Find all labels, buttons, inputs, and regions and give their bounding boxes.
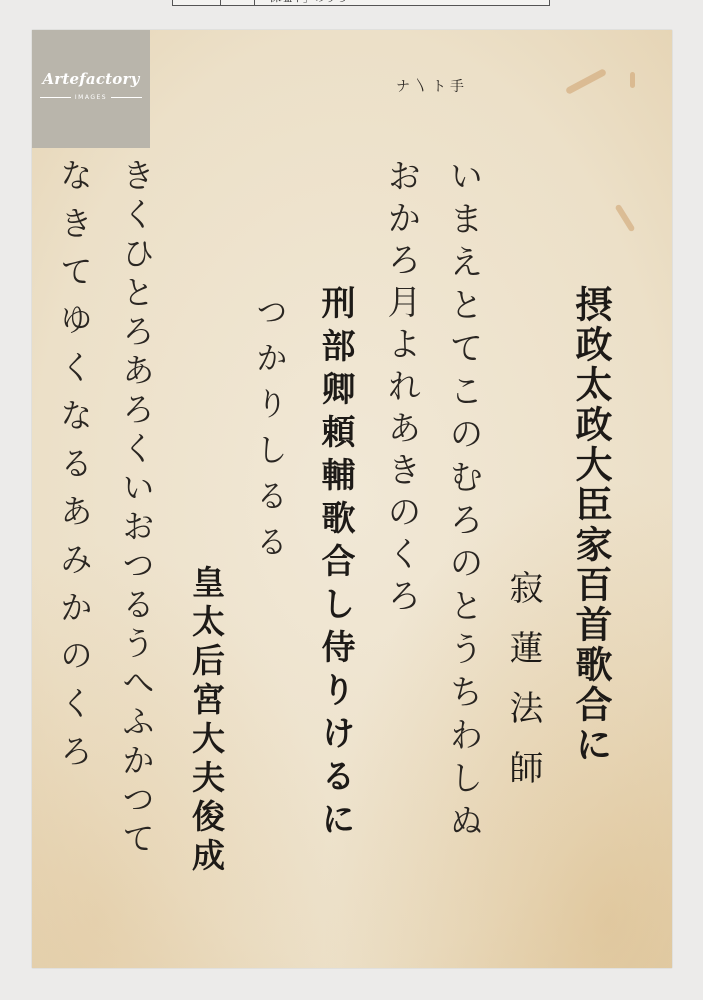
poet-name: 寂蓮法師: [506, 570, 540, 810]
paper-stain: [630, 72, 635, 88]
top-reference-table: 「深塩草」のうち: [172, 0, 550, 6]
header-note: ナ〵ト手: [396, 80, 468, 94]
paper-stain: [615, 204, 636, 233]
divider: [40, 97, 71, 98]
divider: [111, 97, 142, 98]
poem-line: なきてゆくなるあみかのくろ: [58, 158, 91, 782]
poet-name: 皇太后宮大夫俊成: [190, 565, 223, 877]
paper-stain: [565, 68, 607, 95]
watermark-subtitle-text: IMAGES: [75, 94, 107, 101]
table-cell: [173, 0, 221, 5]
artefactory-watermark: Artefactory IMAGES: [32, 30, 150, 148]
manuscript-paper: ナ〵ト手 摂政太政大臣家百首歌合に 寂蓮法師 いまえとてこのむろのとうちわしぬ …: [32, 30, 672, 968]
poem-heading: 摂政太政大臣家百首歌合に: [572, 285, 609, 765]
table-cell: 「深塩草」のうち: [255, 0, 549, 5]
watermark-subtitle: IMAGES: [40, 94, 142, 101]
poem-line: いまえとてこのむろのとうちわしぬ: [446, 158, 480, 846]
table-cell: [221, 0, 255, 5]
poem-line: おかろ月よれあきのくろ: [384, 158, 418, 620]
poem-note: つかりしるる: [254, 295, 286, 571]
watermark-title: Artefactory: [32, 70, 150, 88]
poem-line: きくひとろあろくいおつるうへふかつて: [120, 158, 153, 860]
poem-heading: 刑部卿頼輔歌合し侍りけるに: [318, 285, 352, 844]
